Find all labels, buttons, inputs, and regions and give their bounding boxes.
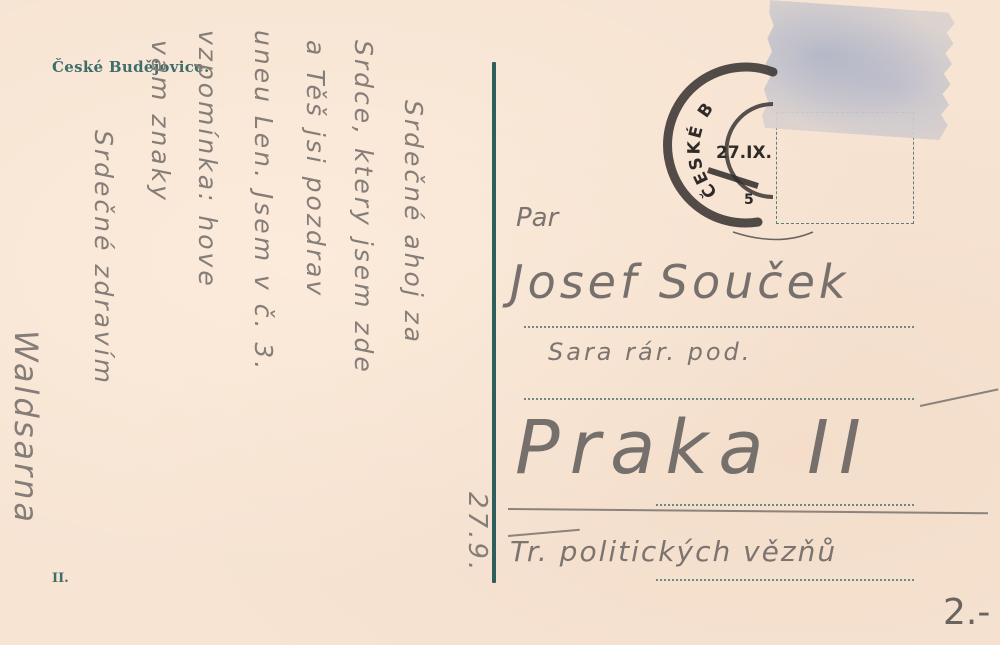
price-note: 2.- [943,592,990,633]
message-line: Srdečné ahoj za [399,100,428,345]
address-line-4 [656,579,914,581]
printed-series-label: II. [52,571,69,586]
postmark-cancellation: ČESKÉ B 27.IX. 5 [678,62,848,232]
center-divider [492,62,496,583]
address-city: Praka II [515,405,871,491]
message-line: vzpomínka: hove [193,30,222,289]
pencil-underline [508,508,988,514]
address-line-1 [524,326,914,328]
message-signature: Waldsarna [7,330,45,525]
address-recipient: Josef Souček [510,255,850,309]
address-line-2 [524,398,914,400]
message-line: Srdce, ktery jsem zde [349,40,378,375]
address-district: Tr. politických vězňů [510,535,837,568]
postcard-back: České Budějovice. II. Srdečné ahoj za Sr… [0,0,1000,645]
printed-place-label: České Budějovice. [52,58,210,76]
postmark-icon: ČESKÉ B 27.IX. 5 [678,62,848,232]
message-line: Srdečné zdravím [89,130,118,386]
address-line-3 [656,504,914,506]
message-line: a Těš jsi pozdrav [301,40,330,298]
message-line: uneu Len. Jsem v č. 3. [249,30,278,372]
svg-text:5: 5 [744,192,754,208]
message-line: vam znaky [146,40,175,203]
address-street: Sara rár. pod. [548,338,752,366]
message-date: 27.9. [462,492,492,573]
svg-text:27.IX.: 27.IX. [716,143,772,163]
pencil-underline [920,388,999,407]
address-salutation: Par [516,203,558,233]
